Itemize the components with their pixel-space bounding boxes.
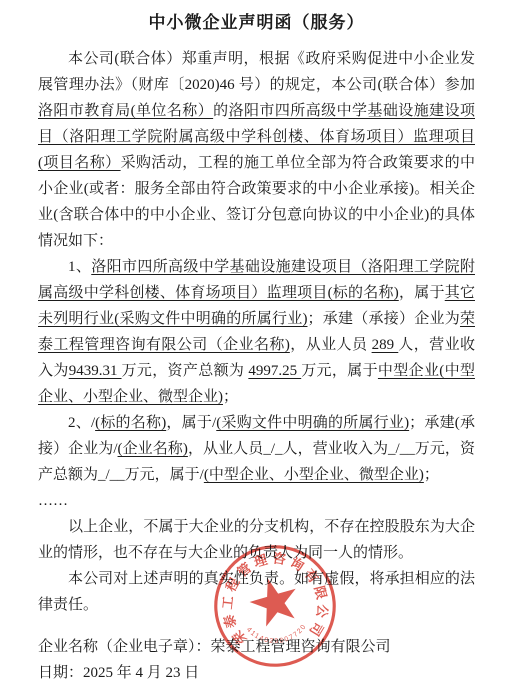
template-text: ，从业人员 xyxy=(290,337,372,353)
template-text: 的 xyxy=(213,103,228,119)
template-text: 本公司(联合体）郑重声明，根据《政府采购促进中小企业发展管理办法》（财库〔202… xyxy=(38,51,475,93)
filled-blank-text: 4997.25 xyxy=(248,363,301,379)
template-text: 1、 xyxy=(68,259,91,275)
filled-blank-text: 洛阳市教育局(单位名称） xyxy=(38,103,213,119)
truthfulness-paragraph: 本公司对上述声明的真实性负责。如有虚假，将承担相应的法律责任。 xyxy=(38,566,475,618)
template-text: ； xyxy=(223,389,238,405)
filled-blank-text: (采购文件中明确的所属行业) xyxy=(216,415,409,431)
filled-blank-text: 9439.31 xyxy=(69,363,122,379)
document-title: 中小微企业声明函（服务） xyxy=(38,8,475,33)
intro-paragraph: 本公司(联合体）郑重声明，根据《政府采购促进中小企业发展管理办法》（财库〔202… xyxy=(38,46,475,254)
item2-paragraph: 2、/(标的名称)，属于/(采购文件中明确的所属行业)；承建(承接）企业为/(企… xyxy=(38,410,475,488)
ellipsis-line: …… xyxy=(38,488,475,514)
template-text: 万元，资产总额为 xyxy=(122,363,249,379)
template-text: 2、/ xyxy=(68,415,95,431)
no-large-enterprise-paragraph: 以上企业，不属于大企业的分支机构，不存在控股股东为大企业的情形，也不存在与大企业… xyxy=(38,514,475,566)
template-text: ；承建（承接）企业为 xyxy=(307,311,460,327)
filled-blank-text: (企业名称) xyxy=(118,441,188,457)
signature-block: 企业名称（企业电子章）：荣泰工程管理咨询有限公司 日期：2025 年 4 月 2… xyxy=(38,634,475,679)
template-text: ，属于/ xyxy=(166,415,216,431)
date-line: 日期：2025 年 4 月 23 日 xyxy=(38,660,475,679)
template-text: ，属于 xyxy=(399,285,445,301)
filled-blank-text: 289 xyxy=(372,337,399,353)
template-text: 万元，属于 xyxy=(301,363,378,379)
declaration-document-page: 中小微企业声明函（服务） 本公司(联合体）郑重声明，根据《政府采购促进中小企业发… xyxy=(0,0,511,679)
template-text: ； xyxy=(424,467,439,483)
item1-paragraph: 1、洛阳市四所高级中学基础设施建设项目（洛阳理工学院附属高级中学科创楼、体育场项… xyxy=(38,254,475,410)
company-name-line: 企业名称（企业电子章）：荣泰工程管理咨询有限公司 xyxy=(38,634,475,660)
filled-blank-text: (中型企业、小型企业、微型企业) xyxy=(204,467,424,483)
filled-blank-text: (标的名称) xyxy=(95,415,166,431)
